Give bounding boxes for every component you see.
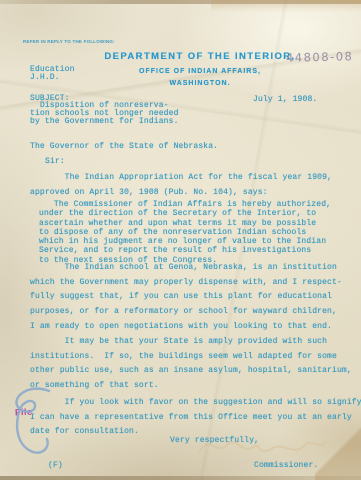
- paragraph-other-uses: It may be that your State is amply provi…: [30, 335, 352, 394]
- faint-pencil-signature-icon: [195, 428, 330, 462]
- salutation: Sir:: [45, 157, 65, 166]
- scan-edge-bottom: [0, 476, 361, 480]
- office-subtitle: OFFICE OF INDIAN AFFAIRS,: [60, 68, 340, 75]
- paragraph-appropriation-act: The Indian Appropriation Act for the fis…: [30, 171, 332, 200]
- signer-title: Commissioner.: [254, 461, 318, 470]
- scan-edge-top-right: [211, 0, 361, 12]
- classification-block: Education J.H.D.: [30, 66, 75, 83]
- typist-initial: (F): [48, 461, 63, 470]
- paragraph-genoa-school: The Indian school at Genoa, Nebraska, is…: [30, 261, 342, 335]
- subject-text: Disposition of nonreserva- tion schools …: [30, 102, 179, 127]
- refer-in-reply-note: REFER IN REPLY TO THE FOLLOWING:: [23, 40, 115, 45]
- scanned-letter-page: REFER IN REPLY TO THE FOLLOWING: DEPARTM…: [0, 0, 361, 480]
- blue-pencil-mark-icon: [3, 386, 55, 458]
- date-line: July 1, 1908.: [253, 95, 317, 104]
- washington-line: WASHINGTON.: [60, 80, 340, 87]
- file-number-stamp: 44808-08: [286, 49, 354, 65]
- addressee-line: The Governor of the State of Nebraska.: [30, 142, 218, 151]
- quoted-statute-block: The Commissioner of Indian Affairs is he…: [39, 200, 331, 265]
